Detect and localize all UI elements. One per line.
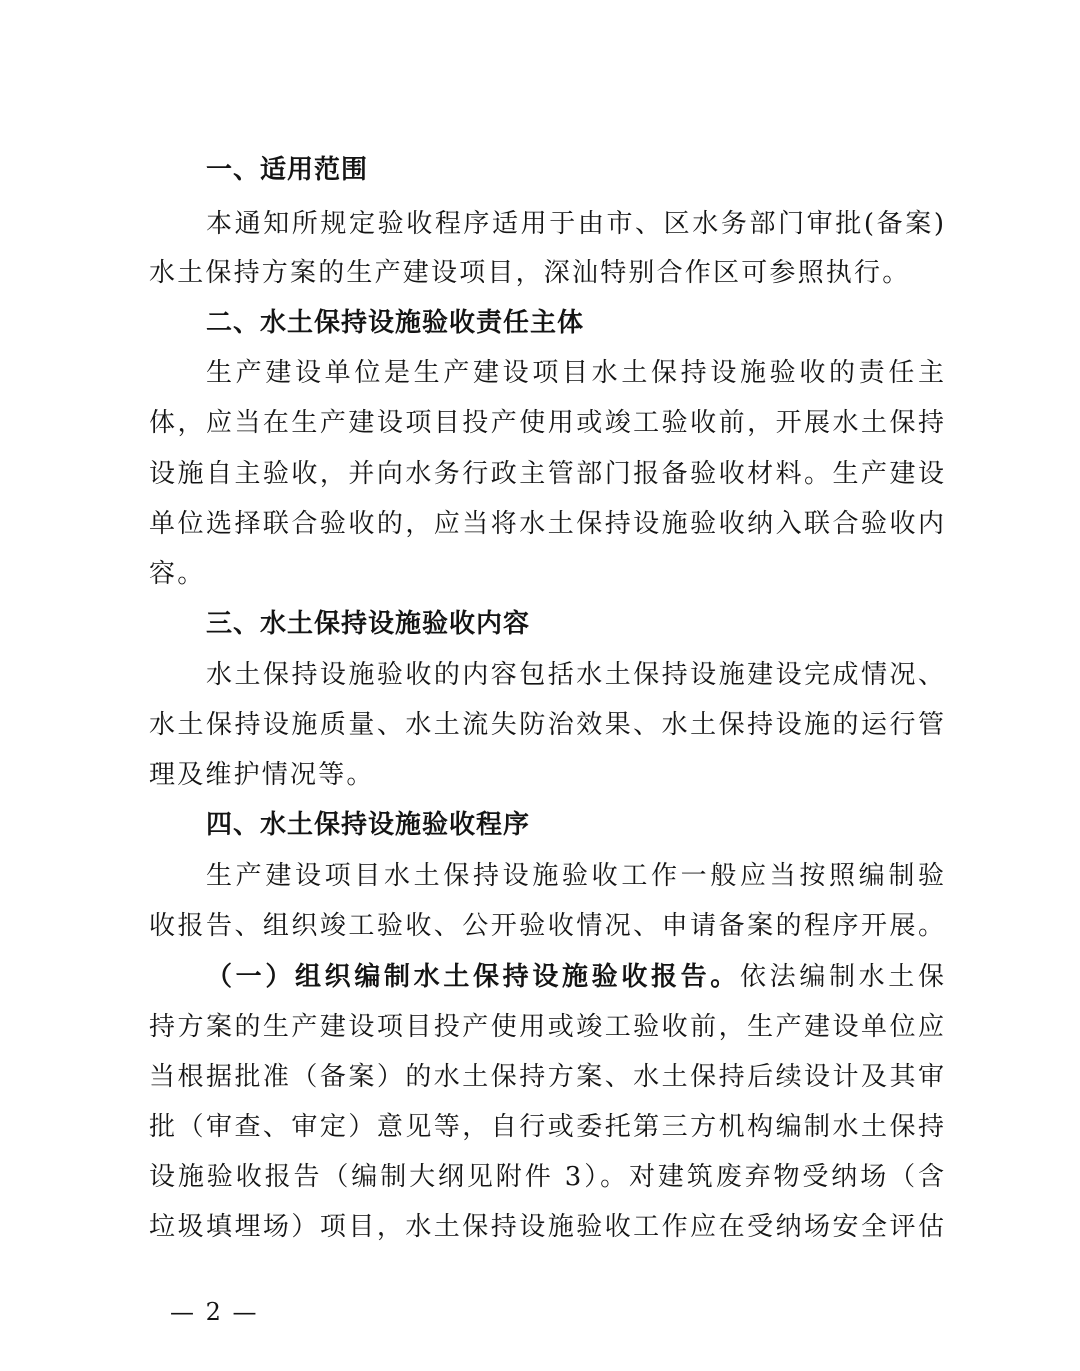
paragraph-line: 容。 xyxy=(149,547,944,601)
paragraph-line: 水土保持设施验收的内容包括水土保持设施建设完成情况、 xyxy=(149,648,944,702)
subsection-first-line-rest: 依法编制水土保 xyxy=(740,962,944,992)
page-number: — 2 — xyxy=(170,1298,259,1326)
paragraph-line: 设施自主验收，并向水务行政主管部门报备验收材料。生产建设 xyxy=(149,447,944,501)
paragraph-line: 理及维护情况等。 xyxy=(149,748,944,802)
document-page: 一、适用范围 本通知所规定验收程序适用于由市、区水务部门审批(备案) 水土保持方… xyxy=(0,0,1080,1371)
section-heading-responsible-party: 二、水土保持设施验收责任主体 xyxy=(149,296,944,350)
paragraph-line: 单位选择联合验收的，应当将水土保持设施验收纳入联合验收内 xyxy=(149,497,944,551)
paragraph-line: 设施验收报告（编制大纲见附件 3）。对建筑废弃物受纳场（含 xyxy=(149,1150,944,1204)
paragraph-line: 当根据批准（备案）的水土保持方案、水土保持后续设计及其审 xyxy=(149,1050,944,1104)
section-heading-content: 三、水土保持设施验收内容 xyxy=(149,597,944,651)
paragraph-line: 垃圾填埋场）项目，水土保持设施验收工作应在受纳场安全评估 xyxy=(149,1200,944,1254)
paragraph-line: 批（审查、审定）意见等，自行或委托第三方机构编制水土保持 xyxy=(149,1100,944,1154)
paragraph-line: 生产建设单位是生产建设项目水土保持设施验收的责任主 xyxy=(149,346,944,400)
paragraph-line: 本通知所规定验收程序适用于由市、区水务部门审批(备案) xyxy=(149,197,944,251)
paragraph-line: 生产建设项目水土保持设施验收工作一般应当按照编制验 xyxy=(149,849,944,903)
section-heading-procedure: 四、水土保持设施验收程序 xyxy=(149,798,944,852)
paragraph-line: 持方案的生产建设项目投产使用或竣工验收前，生产建设单位应 xyxy=(149,1000,944,1054)
section-heading-scope: 一、适用范围 xyxy=(149,143,944,197)
subsection-bold-lead: （一）组织编制水土保持设施验收报告。 xyxy=(206,962,740,992)
paragraph-line: 收报告、组织竣工验收、公开验收情况、申请备案的程序开展。 xyxy=(149,899,944,953)
paragraph-line: 体，应当在生产建设项目投产使用或竣工验收前，开展水土保持 xyxy=(149,396,944,450)
subsection-first-line: （一）组织编制水土保持设施验收报告。依法编制水土保 xyxy=(149,950,944,1004)
paragraph-line: 水土保持设施质量、水土流失防治效果、水土保持设施的运行管 xyxy=(149,698,944,752)
paragraph-line: 水土保持方案的生产建设项目，深汕特别合作区可参照执行。 xyxy=(149,246,944,300)
